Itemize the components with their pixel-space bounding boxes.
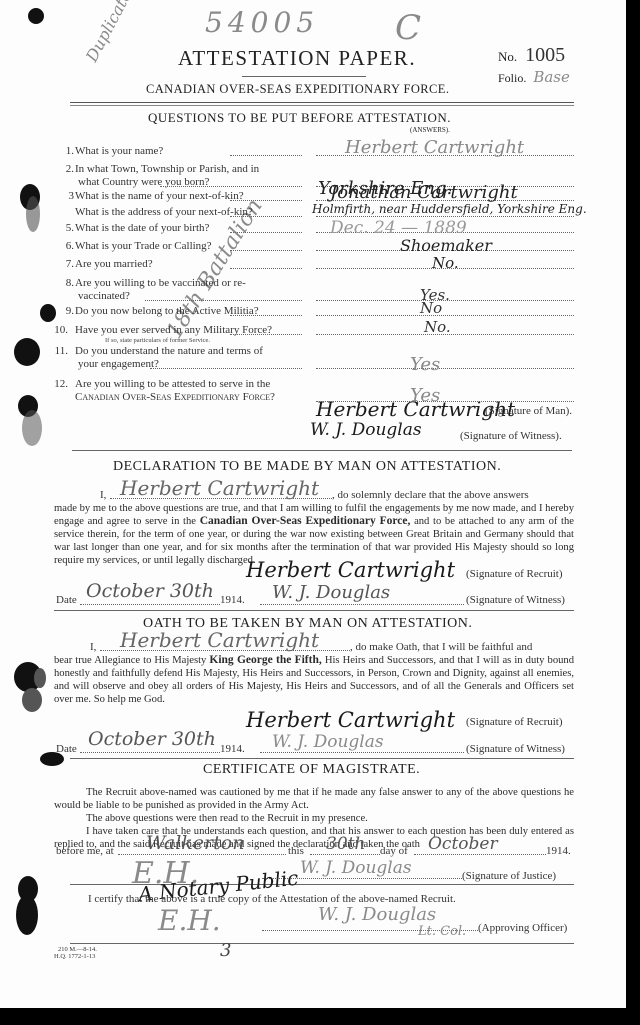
print-code-line-2: H.Q. 1772-1-13 <box>54 953 97 960</box>
question-text: Are you willing to be attested to serve … <box>75 378 270 390</box>
question-number: 9. <box>60 305 74 317</box>
question-leader-dots <box>145 300 302 301</box>
punch-hole <box>28 8 44 24</box>
declaration-recruit-signature: Herbert Cartwright <box>246 558 455 582</box>
question-leader-dots <box>150 368 302 369</box>
declaration-witness-line <box>260 604 464 605</box>
punch-hole-shadow <box>34 668 46 688</box>
oath-date-line <box>80 752 220 753</box>
question-leader-dots <box>160 186 302 187</box>
certificate-this-label: this <box>288 845 304 857</box>
answer-field: Yes <box>410 354 440 375</box>
oath-body: bear true Allegiance to His Majesty King… <box>54 654 574 706</box>
answer-line <box>316 401 574 402</box>
question-leader-dots <box>230 200 302 201</box>
question-text: What is the address of your next-of-kin? <box>75 206 253 218</box>
folio-value: Base <box>533 68 570 86</box>
oath-date: October 30th <box>88 728 216 750</box>
question-number: 7. <box>60 258 74 270</box>
section-rule <box>72 450 572 451</box>
declaration-name: Herbert Cartwright <box>120 476 319 500</box>
punch-hole-shadow <box>22 688 42 712</box>
answer-field: Herbert Cartwright <box>345 137 524 158</box>
header-double-rule <box>70 102 574 106</box>
question-text: What is your name? <box>75 145 163 157</box>
man-signature-label: (Signature of Man). <box>485 405 572 417</box>
title-rule <box>242 76 366 77</box>
attestation-paper: Duplicate 54005 C ATTESTATION PAPER. No.… <box>0 0 626 1008</box>
question-number: 11. <box>54 345 68 357</box>
answer-field: No. <box>432 254 459 272</box>
print-code: 210 M.—8-14. H.Q. 1772-1-13 <box>54 946 97 960</box>
answer-field: No <box>420 299 442 317</box>
question-text: What is the name of your next-of-kin? <box>75 190 244 202</box>
punch-hole-shadow <box>22 410 42 446</box>
certificate-day-line <box>310 854 380 855</box>
answer-line <box>316 216 574 217</box>
number-label: No. <box>498 49 517 64</box>
declaration-year: 1914. <box>220 594 245 606</box>
punch-hole <box>14 338 40 366</box>
approving-officer-label: (Approving Officer) <box>478 922 567 934</box>
question-text-continued: your engagement? <box>78 358 159 370</box>
declaration-recruit-label: (Signature of Recruit) <box>466 568 563 580</box>
copy-initials: E.H. <box>158 904 221 937</box>
question-text-continued: vaccinated? <box>78 290 130 302</box>
folio-label: Folio. <box>498 71 526 85</box>
certificate-before-label: before me, at <box>56 845 114 857</box>
certificate-month-line <box>414 854 546 855</box>
answer-field: No. <box>424 318 451 336</box>
oath-king-name: King George the Fifth, <box>209 654 321 666</box>
section-rule <box>70 943 574 944</box>
certificate-justice-signature: W. J. Douglas <box>300 858 412 878</box>
letter-annotation: C <box>395 8 421 48</box>
declaration-prefix: I, <box>100 489 106 501</box>
declaration-date-line <box>80 604 220 605</box>
question-number: 2. <box>60 163 74 175</box>
section-rule <box>70 758 574 759</box>
oath-recruit-label: (Signature of Recruit) <box>466 716 563 728</box>
question-number: 6. <box>60 240 74 252</box>
question-number: 10. <box>54 324 68 336</box>
section-rule <box>54 610 574 611</box>
question-number: 12. <box>54 378 68 390</box>
question-leader-dots <box>230 268 302 269</box>
question-number: 5. <box>60 222 74 234</box>
folio: Folio. Base <box>498 68 570 87</box>
declaration-heading: DECLARATION TO BE MADE BY MAN ON ATTESTA… <box>113 459 501 475</box>
duplicate-annotation: Duplicate <box>82 0 135 65</box>
number-value: 1005 <box>525 44 565 66</box>
question-number: 1. <box>60 145 74 157</box>
answer-line <box>316 315 574 316</box>
print-code-line-1: 210 M.—8-14. <box>54 946 97 953</box>
declaration-witness-signature: W. J. Douglas <box>272 582 390 603</box>
declaration-force-name: Canadian Over-Seas Expeditionary Force, <box>200 515 411 527</box>
question-text: What is your Trade or Calling? <box>75 240 212 252</box>
answer-field: Dec. 24 — 1889 <box>330 218 467 238</box>
oath-recruit-signature: Herbert Cartwright <box>246 708 455 732</box>
oath-line1: , do make Oath, that I will be faithful … <box>350 641 532 653</box>
question-leader-dots <box>230 250 302 251</box>
force-subtitle: CANADIAN OVER-SEAS EXPEDITIONARY FORCE. <box>146 82 449 97</box>
answers-label: (ANSWERS). <box>410 126 450 134</box>
certificate-month: October <box>428 834 498 854</box>
punch-hole <box>40 304 56 322</box>
oath-witness-line <box>260 752 464 753</box>
certificate-heading: CERTIFICATE OF MAGISTRATE. <box>203 762 420 778</box>
document-title: ATTESTATION PAPER. <box>178 46 416 71</box>
certificate-place-line <box>118 854 286 855</box>
question-text: Do you understand the nature and terms o… <box>75 345 263 357</box>
oath-prefix: I, <box>90 641 96 653</box>
certificate-paragraph-1: The Recruit above-named was cautioned by… <box>54 786 574 812</box>
question-text: What is the date of your birth? <box>75 222 209 234</box>
question-text: In what Town, Township or Parish, and in <box>75 163 259 175</box>
certificate-year: 1914. <box>546 845 571 857</box>
question-text: Are you willing to be vaccinated or re- <box>75 277 246 289</box>
question-text: Are you married? <box>75 258 153 270</box>
certificate-place: Walkerton <box>146 832 244 854</box>
answer-field: Yes <box>410 385 440 406</box>
question-leader-dots <box>230 334 302 335</box>
certificate-paragraph-2: The above questions were then read to th… <box>54 812 574 825</box>
answer-field: Jonathan Cartwright <box>330 182 518 203</box>
oath-year: 1914. <box>220 743 245 755</box>
question-leader-dots <box>230 232 302 233</box>
question-number: 8. <box>60 277 74 289</box>
question-leader-dots <box>230 315 302 316</box>
oath-name: Herbert Cartwright <box>120 628 319 652</box>
declaration-line1: , do solemnly declare that the above ans… <box>332 489 529 501</box>
answer-field: Shoemaker <box>400 236 492 255</box>
certificate-day-of-label: day of <box>380 845 408 857</box>
certificate-justice-label: (Signature of Justice) <box>462 870 556 882</box>
answer-field: Holmfirth, near Huddersfield, Yorkshire … <box>312 202 587 216</box>
witness-signature-label: (Signature of Witness). <box>460 430 562 442</box>
approving-officer-signature: W. J. Douglas <box>318 904 436 925</box>
answer-line <box>316 368 574 369</box>
punch-hole <box>16 895 38 935</box>
question-leader-dots <box>230 155 302 156</box>
declaration-date-label: Date <box>56 594 77 606</box>
regimental-number-annotation: 54005 <box>205 6 319 39</box>
page-mark: 3 <box>220 940 231 961</box>
witness-signature: W. J. Douglas <box>310 420 422 440</box>
question-number: 3 <box>60 190 74 202</box>
oath-date-label: Date <box>56 743 77 755</box>
question-leader-dots <box>230 216 302 217</box>
question-note: If so, state particulars of former Servi… <box>105 337 210 344</box>
document-number: No. 1005 <box>498 44 565 67</box>
question-text-continued: Canadian Over-Seas Expeditionary Force? <box>75 391 275 403</box>
declaration-date: October 30th <box>86 580 214 602</box>
declaration-witness-label: (Signature of Witness) <box>466 594 565 606</box>
oath-witness-label: (Signature of Witness) <box>466 743 565 755</box>
certificate-day: 30th <box>326 834 365 854</box>
oath-witness-signature: W. J. Douglas <box>272 732 384 752</box>
oath-text: bear true Allegiance to His Majesty <box>54 655 206 666</box>
questions-heading: QUESTIONS TO BE PUT BEFORE ATTESTATION. <box>148 110 451 126</box>
punch-hole-shadow <box>26 196 40 232</box>
approving-officer-rank: Lt. Col. <box>418 924 466 939</box>
